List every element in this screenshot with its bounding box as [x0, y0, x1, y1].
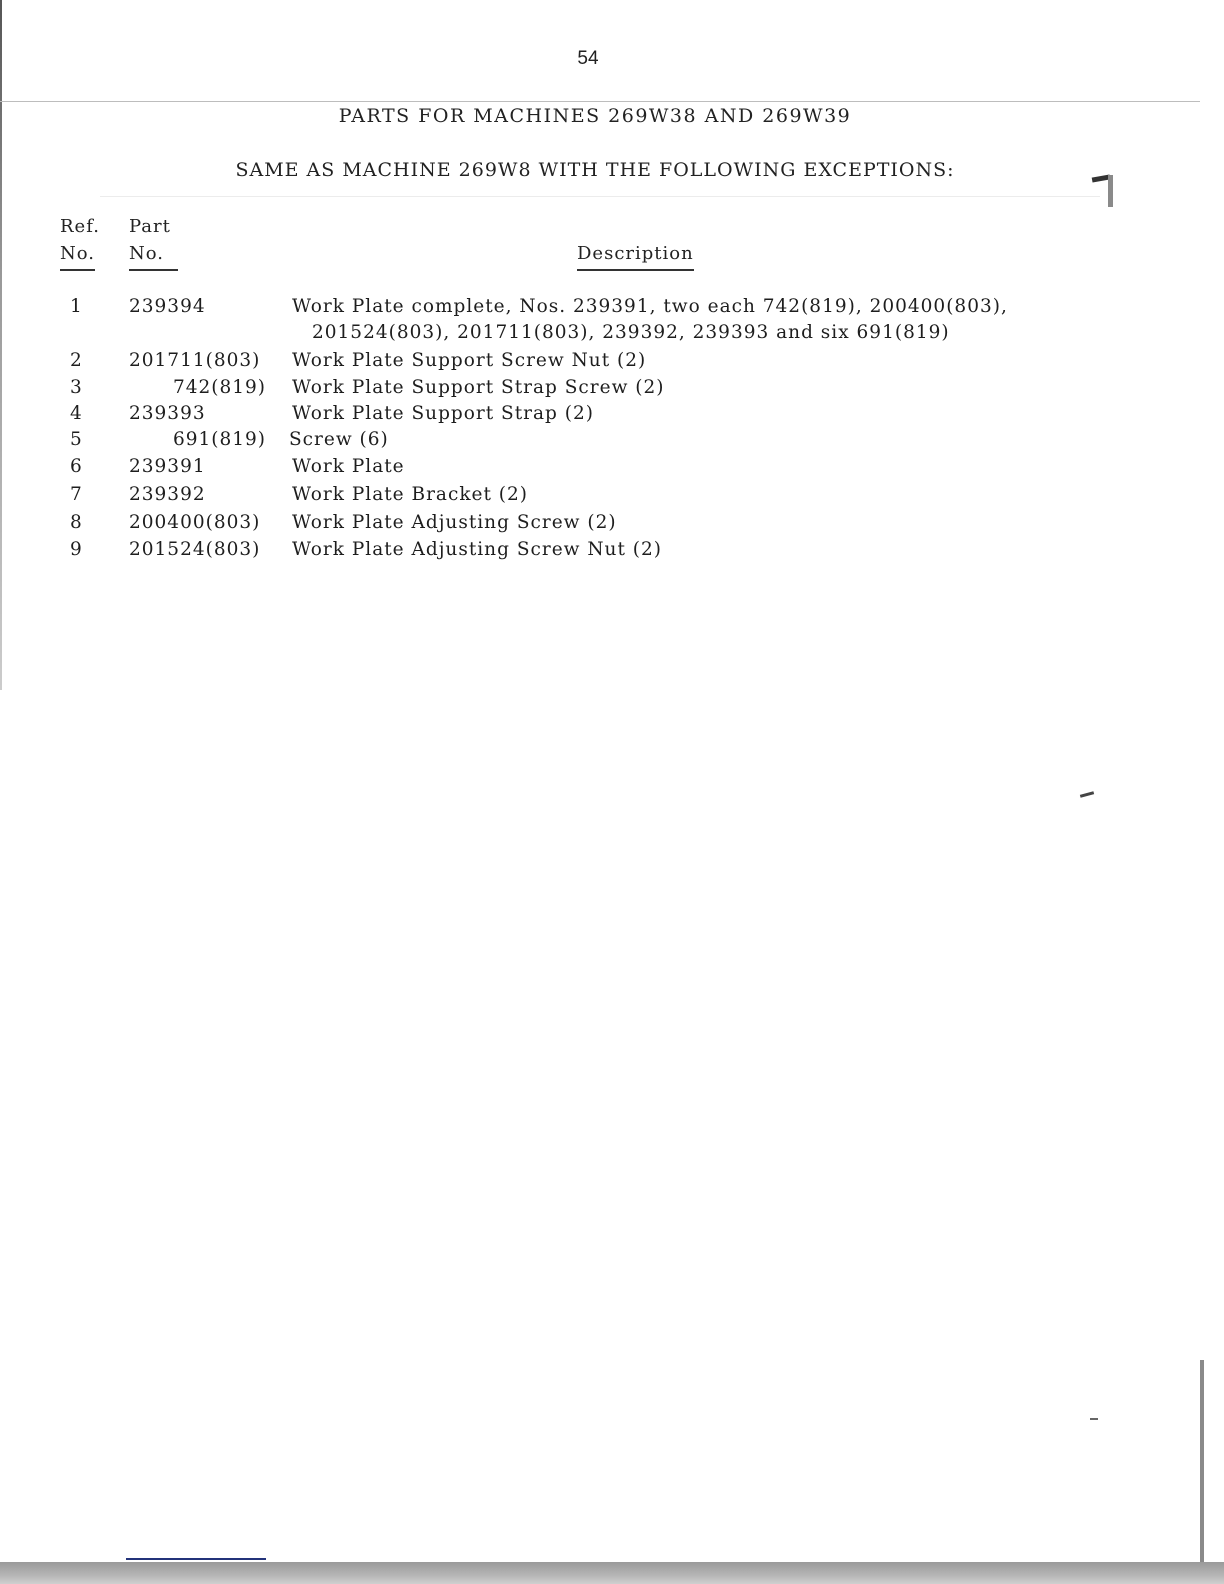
scan-edge-right	[1200, 1360, 1204, 1570]
description-cell: Work Plate complete, Nos. 239391, two ea…	[292, 294, 1122, 346]
ref-cell: 6	[70, 454, 90, 480]
ref-cell: 5	[70, 427, 90, 453]
page-subtitle: SAME AS MACHINE 269W8 WITH THE FOLLOWING…	[0, 159, 1190, 181]
scan-artifact-mark	[1080, 791, 1094, 798]
page-number: 54	[0, 48, 1176, 70]
part-cell: 742(819)	[128, 375, 266, 401]
description-cell: Work Plate Adjusting Screw (2)	[292, 510, 1122, 536]
description-cell: Work Plate Adjusting Screw Nut (2)	[292, 537, 1122, 563]
description-continuation: 201524(803), 201711(803), 239392, 239393…	[292, 320, 1122, 346]
description-header: Description	[577, 240, 694, 271]
ref-cell: 2	[70, 348, 90, 374]
part-cell: 239393	[129, 401, 269, 427]
header-rule	[0, 101, 1200, 102]
description-cell: Work Plate Bracket (2)	[292, 482, 1122, 508]
ref-cell: 8	[70, 510, 90, 536]
part-cell: 691(819)	[128, 427, 266, 453]
ref-cell: 3	[70, 375, 90, 401]
part-header-line2: No.	[129, 240, 178, 271]
ref-header-line2: No.	[60, 240, 95, 271]
scan-artifact-mark	[1090, 1418, 1098, 1420]
ref-cell: 1	[70, 294, 90, 320]
part-header-line1: Part	[129, 213, 178, 240]
description-cell: Work Plate Support Strap (2)	[292, 401, 1122, 427]
part-cell: 239394	[129, 294, 269, 320]
scan-bottom-band	[0, 1562, 1224, 1584]
scan-blue-mark	[126, 1558, 266, 1560]
part-cell: 200400(803)	[129, 510, 269, 536]
ref-header-line1: Ref.	[60, 213, 100, 240]
description-cell: Screw (6)	[289, 427, 1119, 453]
ref-cell: 9	[70, 537, 90, 563]
description-line: Work Plate complete, Nos. 239391, two ea…	[292, 296, 1008, 317]
scan-edge-left	[0, 0, 2, 690]
description-cell: Work Plate	[292, 454, 1122, 480]
faint-rule	[100, 196, 1100, 197]
part-cell: 239391	[129, 454, 269, 480]
description-cell: Work Plate Support Screw Nut (2)	[292, 348, 1122, 374]
page-title: PARTS FOR MACHINES 269W38 AND 269W39	[0, 105, 1190, 127]
part-cell: 201524(803)	[129, 537, 269, 563]
ref-cell: 7	[70, 482, 90, 508]
part-cell: 239392	[129, 482, 269, 508]
description-cell: Work Plate Support Strap Screw (2)	[292, 375, 1122, 401]
ref-cell: 4	[70, 401, 90, 427]
ref-no-header: Ref. No.	[60, 213, 100, 271]
description-header-label: Description	[577, 240, 694, 271]
part-no-header: Part No.	[129, 213, 178, 271]
part-cell: 201711(803)	[129, 348, 269, 374]
